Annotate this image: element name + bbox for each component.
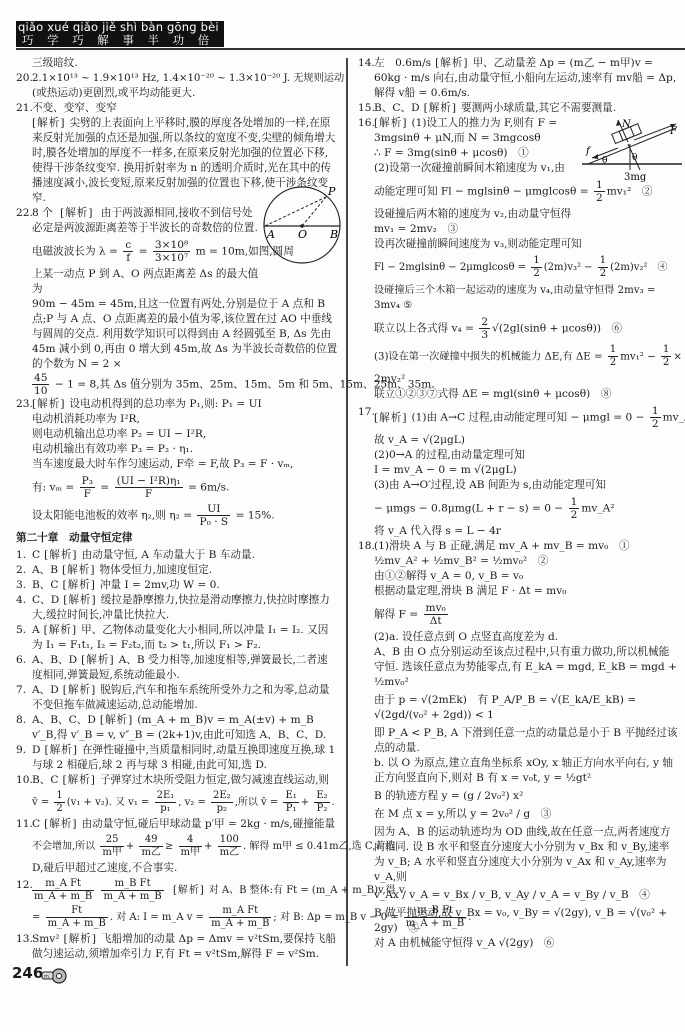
item-number: 7. <box>16 683 26 698</box>
item-number: 4. <box>16 593 26 608</box>
equation-text: . 对 A: I = m_A v = <box>110 912 204 923</box>
average-velocity-equation: v̄ = 12(v₁ + v₂). 又 v₁ = 2E₁p₁, v₂ = 2E₂… <box>32 790 338 815</box>
analysis-text: 在 M 点 x = y,所以 y = 2v₀² / g ③ <box>374 807 678 822</box>
numerator: 25 <box>100 834 123 847</box>
fraction: 12 <box>608 344 618 369</box>
numerator: 45 <box>32 372 49 385</box>
label-friction: f <box>585 146 592 157</box>
fraction: 4m甲 <box>179 834 202 859</box>
denominator: F <box>80 488 95 500</box>
analysis-text: 将 v_A 代入得 s = L − 4r <box>374 524 678 539</box>
numerator: m_A Ft <box>32 878 94 891</box>
answer-23: 23. [解析]设电动机得到的总功率为 P₁,则: P₁ = UI 电动机消耗功… <box>16 397 338 528</box>
analysis-text: mv₁ = 2mv₂ ③ <box>374 222 678 237</box>
equation-text: (3)设在第一次碰撞中损失的机械能力 ΔE,有 ΔE = <box>374 352 603 363</box>
denominator: 10 <box>32 385 49 397</box>
answer-value: B、C、D <box>374 102 420 114</box>
equation-text: = <box>32 912 40 923</box>
analysis-text: 设碰撞后三个木箱一起运动的速度为 v₄,由动量守恒得 2mv₃ = 3mv₄ ⑤ <box>374 283 678 313</box>
equation-text: 设太阳能电池板的效率 η₂,则 η₂ = <box>32 510 192 522</box>
numerator: E₁ <box>283 790 298 803</box>
analysis-text: 设碰撞后两木箱的速度为 v₂,由动量守恒得 <box>374 207 678 222</box>
equation-text: mv_A² <box>581 503 614 515</box>
answer-value: 8 个 <box>32 207 53 219</box>
label-p: P <box>327 185 336 198</box>
answer-text: (或热运动)更剧烈,或平均动能更大. <box>32 86 338 101</box>
denominator: 2 <box>54 803 64 815</box>
equation-text: . <box>332 797 335 808</box>
item-number: 16. <box>358 116 375 131</box>
analysis-tag: [解析] <box>63 684 96 696</box>
label-b: B <box>329 228 338 241</box>
answer-c8: 8.A、B、C、D[解析](m_A + m_B)v = m_A(±v) + m_… <box>16 713 338 743</box>
equation-text: ,所以 v̄ = <box>235 797 279 808</box>
denominator: P₂ <box>314 803 329 815</box>
analysis-text: 子弹穿过木块所受阻力恒定,做匀减速直线运动,则 <box>100 774 329 786</box>
denominator: m_A + m_B <box>209 918 271 930</box>
analysis-text: 设电动机得到的总功率为 P₁,则: P₁ = UI <box>69 398 261 410</box>
analysis-text: 必定是两波源距离差等于半波长的奇数倍的位置. <box>32 221 267 236</box>
answer-value: 不变、变窄、变窄 <box>32 101 338 116</box>
fraction: 12 <box>650 405 661 430</box>
answer-c7: 7.A、D[解析]脱钩后,汽车和拖车系统所受外力之和为零,总动量不变但拖车做减速… <box>16 683 338 713</box>
denominator: F <box>115 488 183 500</box>
equation-text: √(2gl(sinθ + μcosθ)) ⑥ <box>492 323 622 335</box>
equation-text: , v₂ = <box>178 797 206 808</box>
fraction: 12 <box>569 496 580 521</box>
analysis-tag: [解析] <box>44 624 77 636</box>
numerator: 1 <box>608 344 618 357</box>
numerator: 49 <box>139 834 162 847</box>
answer-value: C <box>32 818 40 830</box>
numerator: 4 <box>179 834 202 847</box>
fraction: UIP₀ · S <box>197 503 230 528</box>
analysis-text: (1)设工人的推力为 F,则有 F = <box>411 117 557 129</box>
analysis-tag: [解析] <box>424 102 457 114</box>
denominator: 3×10⁷ <box>153 252 190 264</box>
denominator: P₁ <box>283 803 298 815</box>
item-number: 18. <box>358 539 375 554</box>
analysis-tag: [解析] <box>173 885 205 896</box>
analysis-text: 由动量守恒, A 车动量大于 B 车动量. <box>82 549 255 561</box>
analysis-text: 对 A 由机械能守恒得 v_A √(2gy) ⑥ <box>374 936 678 951</box>
answer-c3: 3.B、C[解析]冲量 I = 2mv,功 W = 0. <box>16 578 338 593</box>
answer-c1: 1.C[解析]由动量守恒, A 车动量大于 B 车动量. <box>16 548 338 563</box>
continued-text: 三级暗纹. <box>16 56 338 71</box>
denominator: p₁ <box>155 803 177 815</box>
equation-text: 动能定理可知 Fl − mglsinθ − μmglcosθ = <box>374 186 589 198</box>
equation-text: mv₁² ② <box>607 186 653 198</box>
fraction: (UI − I²R)η₁F <box>115 475 183 500</box>
chapter-heading: 第二十章 动量守恒定律 <box>16 531 338 546</box>
label-weight: 3mg <box>624 172 647 183</box>
numerator: m_B Ft <box>101 878 163 891</box>
analysis-tag: [解析] <box>100 714 133 726</box>
item-number: 6. <box>16 653 26 668</box>
denominator: p₂ <box>211 803 233 815</box>
right-column: 14.左 0.6m/s[解析]甲、乙动量差 Δp = (m乙 − m甲)v = … <box>358 56 678 951</box>
item-number: 17. <box>358 405 375 420</box>
answer-c18: 18. (1)滑块 A 与 B 正碰,满足 mv_A + mv_B = mv₀ … <box>358 539 678 951</box>
analysis-text: 即 P_A < P_B, A 下滑到任意一点的动量总是小于 B 平抛经过该点的动… <box>374 726 678 756</box>
v4-equation: 联立以上各式得 v₄ = 23√(2gl(sinθ + μcosθ)) ⑥ <box>374 316 678 341</box>
analysis-text: 因为 A、B 的运动轨迹均为 OD 曲线,故在任意一点,两者速度方向相同. 设 … <box>374 825 678 885</box>
fraction: 49m乙 <box>139 834 162 859</box>
analysis-tag: [解析] <box>62 579 95 591</box>
label-normal-force: N <box>621 119 632 130</box>
analysis-tag: [解析] <box>32 117 65 129</box>
equation-text: = 6m/s. <box>188 482 229 494</box>
item-number: 21. <box>16 101 33 116</box>
answer-line: 8 个 [解析] 由于两波源相同,接收不到信号处 <box>32 206 262 221</box>
equation-text: 联立以上各式得 v₄ = <box>374 323 474 335</box>
energy-loss-equation: (3)设在第一次碰撞中损失的机械能力 ΔE,有 ΔE = 12mv₁² − 12… <box>374 344 678 369</box>
denominator: m乙 <box>139 847 162 859</box>
analysis-text: 设再次碰撞前瞬间速度为 v₃,则动能定理可知 <box>374 237 678 252</box>
circle-diagram: P A O B <box>262 175 344 267</box>
part1-equation: [解析](1)由 A→C 过程,由动能定理可知 − μmgl = 0 − 12m… <box>374 405 678 430</box>
numerator: 2E₁ <box>155 790 177 803</box>
analysis-text: 由①②解得 v_A = 0, v_B = v₀ <box>374 569 678 584</box>
answer-value: B、C <box>32 579 58 591</box>
denominator: 2 <box>569 509 580 521</box>
numerator: 1 <box>598 255 608 268</box>
plus-sign: + <box>204 841 212 852</box>
analysis-tag: [解析] <box>44 549 77 561</box>
answer-c4: 4.C、D[解析]缓拉是静摩擦力,快拉是滑动摩擦力,快拉时摩擦力大,缓拉时间长,… <box>16 593 338 623</box>
analysis-text: 上某一动点 P 到 A、O 两点距离差 Δs 的最大值为 <box>32 267 267 297</box>
fraction: 23 <box>479 316 490 341</box>
analysis-text: (3)由 A→O′过程,设 AB 间距为 s,由动能定理可知 <box>374 478 678 493</box>
answer-value: A <box>32 624 40 636</box>
item-number: 9. <box>16 743 26 758</box>
velocity-equation: 有: vₘ = P₃F = (UI − I²R)η₁F = 6m/s. <box>32 475 338 500</box>
numerator: mv₀ <box>424 602 448 615</box>
item-number: 11. <box>16 817 33 832</box>
analysis-tag: [解析] <box>374 412 407 424</box>
analysis-text: 电动机输出有效功率 P₃ = P₂ · η₁. <box>32 442 338 457</box>
item-number: 5. <box>16 623 26 638</box>
analysis-text: v_Ax / v_A = v_Bx / v_B, v_Ay / v_A = v_… <box>374 888 678 903</box>
analysis-tag: [解析] <box>64 933 97 945</box>
analysis-text: B 做平抛运动,故 v_Bx = v₀, v_By = √(2gy), v_B … <box>374 906 678 936</box>
answer-value: D <box>32 744 41 756</box>
denominator: 2 <box>661 357 671 369</box>
page-number: 246 <box>12 966 43 981</box>
denominator: 2 <box>594 192 605 204</box>
momentum-equation: = Ftm_A + m_B. 对 A: I = m_A v = m_A Ftm_… <box>32 905 338 930</box>
analysis-text: 当车速度最大时车作匀速运动, F牵 = F,故 P₃ = F · vₘ, <box>32 457 338 472</box>
energy-inequality: 不会增加,所以 25m甲+ 49m乙≥ 4m甲+ 100m乙. 解得 m甲 ≤ … <box>32 834 338 859</box>
denominator: 2 <box>650 418 661 430</box>
answer-c14: 14.左 0.6m/s[解析]甲、乙动量差 Δp = (m乙 − m甲)v = … <box>358 56 678 101</box>
answer-value: A、D <box>32 684 59 696</box>
fraction: 4510 <box>32 372 49 397</box>
numerator: 2 <box>479 316 490 329</box>
analysis-text: 物体受恒力,加速度恒定. <box>100 564 213 576</box>
fraction: 12 <box>661 344 671 369</box>
analysis-text: I = mv_A − 0 = m √(2μgL) <box>374 463 678 478</box>
numerator: 3×10⁸ <box>153 239 190 252</box>
equation-text: (v₁ + v₂). 又 v₁ = <box>67 797 150 808</box>
numerator: 2E₂ <box>211 790 233 803</box>
denominator: 3 <box>479 329 490 341</box>
analysis-text: 由于 p = √(2mEk) 有 P_A/P_B = √(E_kA/E_kB) … <box>374 693 678 723</box>
item-number: 15. <box>358 101 375 116</box>
numerator: m_A Ft <box>209 905 271 918</box>
fraction: 3×10⁸3×10⁷ <box>153 239 190 264</box>
answer-value: C <box>32 549 40 561</box>
analysis-tag: [解析] <box>62 774 95 786</box>
analysis-tag: [解析] <box>32 398 65 410</box>
fraction: Ftm_A + m_B <box>46 905 108 930</box>
analysis-text: 则电动机输出总功率 P₂ = UI − I²R, <box>32 427 338 442</box>
denominator: m乙 <box>218 847 241 859</box>
denominator: m_A + m_B <box>32 891 94 903</box>
analysis-text: D,碰后甲超过乙速度,不合事实. <box>32 861 338 876</box>
force-equation: 解得 F = mv₀Δt <box>374 602 678 627</box>
fraction: mv₀Δt <box>424 602 448 627</box>
equation-text: mv₁² − <box>620 352 655 363</box>
plus-sign: + <box>126 841 134 852</box>
analysis-tag: [解析] <box>45 744 78 756</box>
efficiency-equation: 设太阳能电池板的效率 η₂,则 η₂ = UIP₀ · S = 15%. <box>32 503 338 528</box>
denominator: m甲 <box>179 847 202 859</box>
equation-text: 解得 F = <box>374 609 418 621</box>
svg-text:m: m <box>44 974 49 980</box>
numerator: 1 <box>531 255 541 268</box>
denominator: 2 <box>598 268 608 280</box>
analysis-tag: [解析] <box>62 564 95 576</box>
fraction: P₃F <box>80 475 95 500</box>
analysis-tag: [解析] <box>374 117 407 129</box>
item-number: 12. <box>16 878 33 893</box>
answer-c17: 17. [解析](1)由 A→C 过程,由动能定理可知 − μmgl = 0 −… <box>358 405 678 539</box>
analysis-text: 2mv₂² <box>374 372 678 387</box>
numerator: (UI − I²R)η₁ <box>115 475 183 488</box>
analysis-text: 故 v_A = √(2μgL) <box>374 433 678 448</box>
numerator: 1 <box>569 496 580 509</box>
fraction: 25m甲 <box>100 834 123 859</box>
numerator: Ft <box>46 905 108 918</box>
fraction: 12 <box>54 790 64 815</box>
analysis-text: (1)滑块 A 与 B 正碰,满足 mv_A + mv_B = mv₀ ① <box>374 539 678 554</box>
analysis-text: 联立①②③⑦式得 ΔE = mgl(sinθ + μcosθ) ⑧ <box>374 387 678 402</box>
answer-c6: 6.A、B、D[解析]A、B 受力相等,加速度相等,弹簧最长,二者速度相同,弹簧… <box>16 653 338 683</box>
equation-text: Fl − 2mglsinθ − 2μmglcosθ = <box>374 262 526 273</box>
answer-c13: 13.Smv²[解析]飞船增加的动量 Δp = Δmv = v²tSm,要保持飞… <box>16 932 338 962</box>
equation-text: − μmgs − 0.8μmg(L + r − s) = 0 − <box>374 503 563 515</box>
answer-value: A、B <box>32 564 58 576</box>
answer-20: 20. 2.1×10¹³ ~ 1.9×10¹³ Hz, 1.4×10⁻²⁰ ~ … <box>16 71 338 101</box>
denominator: 2 <box>608 357 618 369</box>
book-series-banner: qiǎo xué qiǎo jiě shì bàn gōng bèi 巧学巧解事… <box>16 21 224 47</box>
equation-text: (1)由 A→C 过程,由动能定理可知 − μmgl = 0 − <box>411 412 644 424</box>
equation-text: (2m)v₂² ④ <box>610 262 667 273</box>
analysis-text: 根据动量定理,滑块 B 满足 F · Δt = mv₀ <box>374 584 678 599</box>
analysis-text: b. 以 O 为原点,建立直角坐标系 xOy, x 轴正方向水平向右, y 轴正… <box>374 756 678 786</box>
label-o: O <box>298 228 307 241</box>
analysis-tag: [解析] <box>60 207 93 219</box>
item-number: 2. <box>16 563 26 578</box>
numerator: 100 <box>218 834 241 847</box>
equation-text: = 15%. <box>236 510 275 522</box>
column-divider <box>346 58 348 966</box>
numerator: P₃ <box>80 475 95 488</box>
analysis-text: A、B 由 O 点分别运动至该点过程中,只有重力做功,所以机械能守恒. 选该任意… <box>374 645 678 690</box>
answer-value: A、B、C、D <box>32 714 96 726</box>
numerator: c <box>123 239 133 252</box>
label-push-force: F <box>669 126 678 137</box>
denominator: m_A + m_B <box>46 918 108 930</box>
answer-value: A、B、D <box>32 654 77 666</box>
analysis-text: 冲量 I = 2mv,功 W = 0. <box>100 579 220 591</box>
numerator: 1 <box>661 344 671 357</box>
analysis-text: (2)0→A 的过程,由动量定理可知 <box>374 448 678 463</box>
denominator: P₀ · S <box>197 516 230 528</box>
item-number: 20. <box>16 71 33 86</box>
fraction: 100m乙 <box>218 834 241 859</box>
analysis-text: 电动机消耗功率为 I²R, <box>32 412 338 427</box>
answer-c2: 2.A、B[解析]物体受恒力,加速度恒定. <box>16 563 338 578</box>
fraction: m_B Ftm_A + m_B <box>101 878 163 903</box>
item-number: 10. <box>16 773 33 788</box>
answer-c12: 12. m_A Ftm_A + m_B m_B Ftm_A + m_B [解析]… <box>16 878 338 930</box>
equation-text: (2m)v₃² − <box>544 262 593 273</box>
item-number: 8. <box>16 713 26 728</box>
denominator: f <box>123 252 133 264</box>
label-angle: θ <box>632 153 637 163</box>
fraction: E₂P₂ <box>314 790 329 815</box>
fraction: m_A Ftm_A + m_B <box>32 878 94 903</box>
item-number: 13. <box>16 932 33 947</box>
analysis-tag: [解析] <box>435 57 468 69</box>
inequality-sign: ≥ <box>165 841 173 852</box>
answer-c11: 11. C[解析]由动量守恒,碰后甲球动量 p′甲 = 2kg · m/s,碰撞… <box>16 817 338 876</box>
banner-title: 巧学巧解事半功倍 <box>16 34 224 47</box>
analysis-text: (2)a. 设任意点到 O 点竖直高度差为 d. <box>374 630 678 645</box>
analysis-text: 由于两波源相同,接收不到信号处 <box>101 207 253 219</box>
item-number: 1. <box>16 548 26 563</box>
label-angle: θ <box>602 156 607 166</box>
equation-text: 有: vₘ = <box>32 482 74 494</box>
answer-value: Smv² <box>32 933 60 945</box>
numerator: E₂ <box>314 790 329 803</box>
answer-c10: 10. B、C[解析]子弹穿过木块所受阻力恒定,做匀减速直线运动,则 v̄ = … <box>16 773 338 815</box>
answer-line: m_A Ftm_A + m_B m_B Ftm_A + m_B [解析]对 A、… <box>32 878 338 903</box>
numerator: 1 <box>54 790 64 803</box>
answer-value: B、C <box>32 774 58 786</box>
fraction: 2E₂p₂ <box>211 790 233 815</box>
fraction: 2E₁p₁ <box>155 790 177 815</box>
result-line: 4510 − 1 = 8,其 Δs 值分别为 35m、25m、15m、5m 和 … <box>32 372 338 397</box>
analysis-text: 要测两小球质量,其它不需要测量. <box>461 102 616 114</box>
part3-equation: − μmgs − 0.8μmg(L + r − s) = 0 − 12mv_A² <box>374 496 678 521</box>
item-number: 22. <box>16 206 33 221</box>
label-a: A <box>266 228 275 241</box>
plus-sign: + <box>301 797 309 808</box>
incline-force-diagram: N F f θ θ 3mg <box>578 118 684 184</box>
equation-text: 不会增加,所以 <box>32 841 95 852</box>
answer-text: 2.1×10¹³ ~ 1.9×10¹³ Hz, 1.4×10⁻²⁰ ~ 1.3×… <box>32 71 338 86</box>
analysis-text: 90m − 45m = 45m,且这一位置有两处,分别是位于 A 点和 B 点;… <box>32 297 338 372</box>
equation-text: mv_A² <box>663 412 685 424</box>
denominator: Δt <box>424 615 448 627</box>
answer-c9: 9.D[解析]在弹性碰撞中,当质量相同时,动量互换即速度互换,球 1 与球 2 … <box>16 743 338 773</box>
second-collision-equation: Fl − 2mglsinθ − 2μmglcosθ = 12(2m)v₃² − … <box>374 255 678 280</box>
fraction: 12 <box>598 255 608 280</box>
fraction: cf <box>123 239 133 264</box>
key-icon: m <box>40 967 68 985</box>
numerator: 1 <box>650 405 661 418</box>
denominator: 2 <box>531 268 541 280</box>
numerator: UI <box>197 503 230 516</box>
analysis-text: B 的轨迹方程 y = (g / 2v₀²) x² <box>374 789 678 804</box>
answer-value: 左 0.6m/s <box>374 57 431 69</box>
equation-text: 电磁波波长为 λ = <box>32 246 118 258</box>
denominator: m_A + m_B <box>101 891 163 903</box>
equals-sign: = <box>139 246 148 258</box>
item-number: 14. <box>358 56 375 71</box>
fraction: E₁P₁ <box>283 790 298 815</box>
denominator: m甲 <box>100 847 123 859</box>
answer-value: C、D <box>32 594 59 606</box>
analysis-tag: [解析] <box>81 654 114 666</box>
header-rule <box>16 48 685 50</box>
fraction: 12 <box>531 255 541 280</box>
equation-text: v̄ = <box>32 797 49 808</box>
item-number: 23. <box>16 397 33 412</box>
item-number: 3. <box>16 578 26 593</box>
answer-c5: 5.A[解析]甲、乙物体动量变化大小相同,所以冲量 I₁ = I₂. 又因为 I… <box>16 623 338 653</box>
equation-text: × <box>673 352 682 363</box>
analysis-tag: [解析] <box>44 818 77 830</box>
analysis-text: ½mv_A² + ½mv_B² = ½mv₀² ② <box>374 554 678 569</box>
analysis-tag: [解析] <box>63 594 96 606</box>
fraction: m_A Ftm_A + m_B <box>209 905 271 930</box>
analysis-text: 由动量守恒,碰后甲球动量 p′甲 = 2kg · m/s,碰撞能量 <box>82 818 336 830</box>
answer-c15: 15.B、C、D[解析]要测两小球质量,其它不需要测量. <box>358 101 678 116</box>
